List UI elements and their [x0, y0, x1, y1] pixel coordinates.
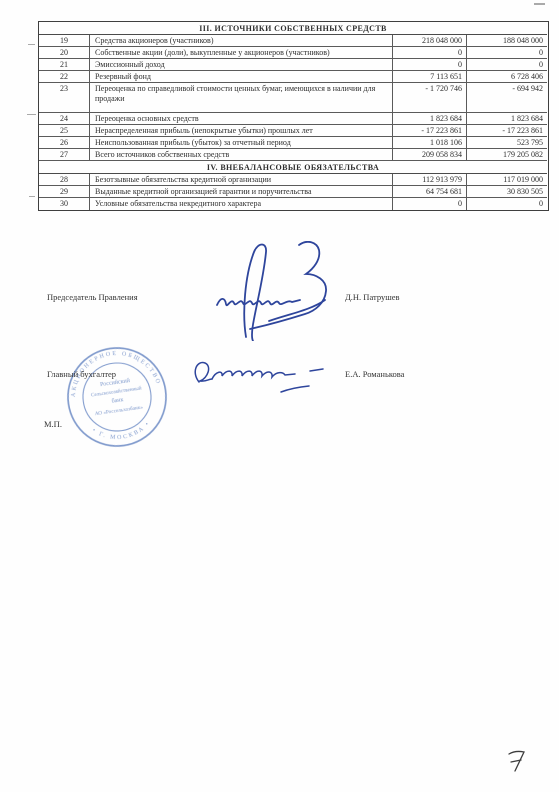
- section-header-iv: IV. ВНЕБАЛАНСОВЫЕ ОБЯЗАТЕЛЬСТВА: [39, 161, 547, 174]
- row-value-previous: - 694 942: [467, 83, 547, 113]
- row-name: Условные обязательства некредитного хара…: [90, 198, 393, 210]
- row-value-current: 0: [393, 47, 467, 59]
- row-name: Нераспределенная прибыль (непокрытые убы…: [90, 125, 393, 137]
- row-value-current: 209 058 834: [393, 149, 467, 161]
- scan-artifact: [28, 44, 35, 45]
- accountant-name-label: Е.А. Романькова: [345, 369, 404, 379]
- page-number-handwritten: [505, 747, 529, 775]
- scan-artifact: [534, 3, 545, 5]
- stamp-center-line-4: АО «Россельхозбанк»: [94, 403, 143, 417]
- row-value-current: 64 754 681: [393, 186, 467, 198]
- row-value-current: 218 048 000: [393, 35, 467, 47]
- row-num: 22: [39, 71, 90, 83]
- scan-artifact: [27, 114, 36, 115]
- row-value-current: - 17 223 861: [393, 125, 467, 137]
- svg-text:• Г. МОСКВА •: • Г. МОСКВА •: [90, 420, 153, 445]
- chairman-signature-image: [213, 241, 341, 341]
- row-name: Эмиссионный доход: [90, 59, 393, 71]
- row-num: 24: [39, 113, 90, 125]
- row-num: 30: [39, 198, 90, 210]
- signature-stroke: [281, 386, 309, 392]
- row-num: 27: [39, 149, 90, 161]
- handwritten-seven: [509, 751, 524, 771]
- stamp-ring-text-bottom: • Г. МОСКВА •: [90, 420, 153, 445]
- row-name: Переоценка основных средств: [90, 113, 393, 125]
- scan-artifact: [29, 196, 35, 197]
- signature-stroke: [195, 363, 212, 382]
- row-value-previous: - 17 223 861: [467, 125, 547, 137]
- signature-stroke: [269, 300, 325, 321]
- bank-round-stamp: АКЦИОНЕРНОЕ ОБЩЕСТВО • Г. МОСКВА • Росси…: [55, 335, 179, 459]
- accountant-role-label: Главный бухгалтер: [47, 369, 116, 379]
- row-value-previous: 523 795: [467, 137, 547, 149]
- row-value-previous: 0: [467, 59, 547, 71]
- row-name: Неиспользованная прибыль (убыток) за отч…: [90, 137, 393, 149]
- section-header-iii: III. ИСТОЧНИКИ СОБСТВЕННЫХ СРЕДСТВ: [39, 22, 547, 35]
- row-value-previous: 0: [467, 198, 547, 210]
- row-name: Переоценка по справедливой стоимости цен…: [90, 83, 393, 113]
- row-value-current: 1 018 106: [393, 137, 467, 149]
- chairman-role-label: Председатель Правления: [47, 292, 138, 302]
- accountant-signature-image: [186, 357, 336, 405]
- row-value-previous: 0: [467, 47, 547, 59]
- row-num: 23: [39, 83, 90, 113]
- stamp-center-line-2: Сельскохозяйственный: [90, 385, 142, 399]
- row-name: Всего источников собственных средств: [90, 149, 393, 161]
- signature-stroke: [212, 371, 295, 379]
- row-value-current: 0: [393, 59, 467, 71]
- stamp-center-line-3: банк: [111, 396, 124, 405]
- row-name: Резервный фонд: [90, 71, 393, 83]
- row-value-previous: 6 728 406: [467, 71, 547, 83]
- seal-place-mark: М.П.: [44, 419, 62, 429]
- chairman-name-label: Д.Н. Патрушев: [345, 292, 400, 302]
- row-value-previous: 188 048 000: [467, 35, 547, 47]
- row-value-current: 7 113 651: [393, 71, 467, 83]
- row-value-previous: 30 830 505: [467, 186, 547, 198]
- row-name: Средства акционеров (участников): [90, 35, 393, 47]
- row-num: 20: [39, 47, 90, 59]
- row-num: 28: [39, 174, 90, 186]
- scanned-document-page: III. ИСТОЧНИКИ СОБСТВЕННЫХ СРЕДСТВ 19 Ср…: [0, 0, 559, 792]
- row-value-current: 112 913 979: [393, 174, 467, 186]
- balance-table: III. ИСТОЧНИКИ СОБСТВЕННЫХ СРЕДСТВ 19 Ср…: [38, 21, 549, 211]
- row-num: 29: [39, 186, 90, 198]
- row-num: 25: [39, 125, 90, 137]
- row-num: 21: [39, 59, 90, 71]
- row-value-current: - 1 720 746: [393, 83, 467, 113]
- signature-stroke: [310, 369, 323, 371]
- row-value-previous: 1 823 684: [467, 113, 547, 125]
- row-value-previous: 179 205 082: [467, 149, 547, 161]
- row-name: Выданные кредитной организацией гарантии…: [90, 186, 393, 198]
- row-value-current: 1 823 684: [393, 113, 467, 125]
- row-name: Собственные акции (доли), выкупленные у …: [90, 47, 393, 59]
- row-value-current: 0: [393, 198, 467, 210]
- row-name: Безотзывные обязательства кредитной орга…: [90, 174, 393, 186]
- row-value-previous: 117 019 000: [467, 174, 547, 186]
- row-num: 26: [39, 137, 90, 149]
- row-num: 19: [39, 35, 90, 47]
